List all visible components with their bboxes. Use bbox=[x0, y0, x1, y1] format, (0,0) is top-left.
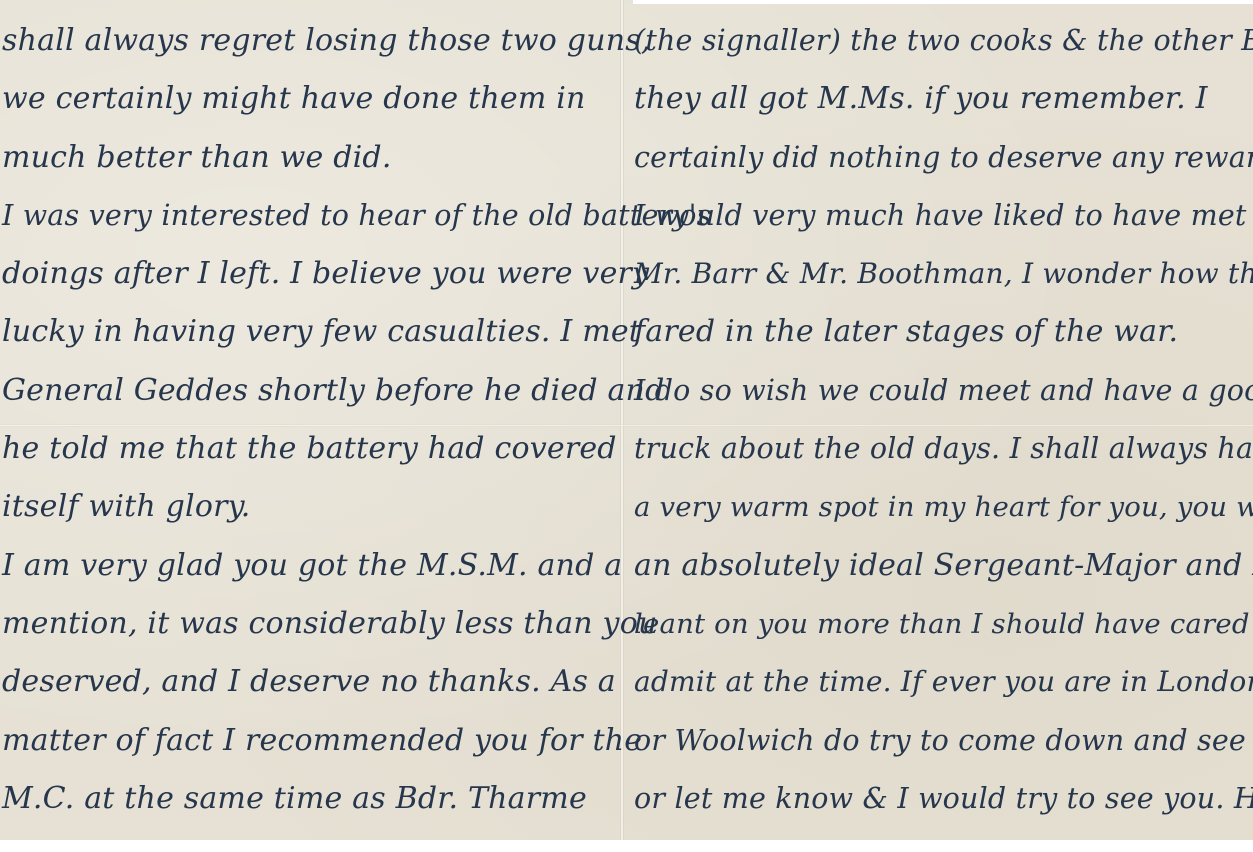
right-line-3: certainly did nothing to deserve any rew… bbox=[634, 129, 1249, 187]
right-page: (the signaller) the two cooks & the othe… bbox=[634, 12, 1249, 828]
left-line-10: I am very glad you got the M.S.M. and a bbox=[2, 537, 614, 595]
right-line-2: they all got M.Ms. if you remember. I bbox=[634, 70, 1249, 128]
right-line-10: an absolutely ideal Sergeant-Major and I bbox=[634, 537, 1249, 595]
right-line-11: leant on you more than I should have car… bbox=[634, 595, 1249, 653]
left-line-5: doings after I left. I believe you were … bbox=[2, 245, 614, 303]
right-line-4: I would very much have liked to have met bbox=[634, 187, 1249, 245]
vertical-fold-crease bbox=[620, 0, 624, 840]
right-line-6: fared in the later stages of the war. bbox=[634, 303, 1249, 361]
left-line-2: we certainly might have done them in bbox=[2, 70, 614, 128]
left-line-9: itself with glory. bbox=[2, 478, 614, 536]
left-line-11: mention, it was considerably less than y… bbox=[2, 595, 614, 653]
left-line-7: General Geddes shortly before he died an… bbox=[2, 362, 614, 420]
paper-edge-bottom bbox=[0, 840, 1253, 852]
left-line-12: deserved, and I deserve no thanks. As a bbox=[2, 653, 614, 711]
left-line-1: shall always regret losing those two gun… bbox=[2, 12, 614, 70]
left-line-3: much better than we did. bbox=[2, 129, 614, 187]
right-line-7: I do so wish we could meet and have a go… bbox=[634, 362, 1249, 420]
left-line-6: lucky in having very few casualties. I m… bbox=[2, 303, 614, 361]
paper-edge-top bbox=[633, 0, 1253, 4]
right-line-13: or Woolwich do try to come down and see … bbox=[634, 712, 1249, 770]
right-line-8: truck about the old days. I shall always… bbox=[634, 420, 1249, 478]
right-line-9: a very warm spot in my heart for you, yo… bbox=[634, 478, 1249, 536]
left-page: shall always regret losing those two gun… bbox=[2, 12, 614, 828]
right-line-12: admit at the time. If ever you are in Lo… bbox=[634, 653, 1249, 711]
right-line-5: Mr. Barr & Mr. Boothman, I wonder how th… bbox=[634, 245, 1249, 303]
right-line-14: or let me know & I would try to see you.… bbox=[634, 770, 1249, 828]
left-line-13: matter of fact I recommended you for the bbox=[2, 712, 614, 770]
left-line-14: M.C. at the same time as Bdr. Tharme bbox=[2, 770, 614, 828]
right-line-1: (the signaller) the two cooks & the othe… bbox=[634, 12, 1249, 70]
left-line-8: he told me that the battery had covered bbox=[2, 420, 614, 478]
letter-sheet: shall always regret losing those two gun… bbox=[0, 0, 1253, 852]
left-line-4: I was very interested to hear of the old… bbox=[2, 187, 614, 245]
